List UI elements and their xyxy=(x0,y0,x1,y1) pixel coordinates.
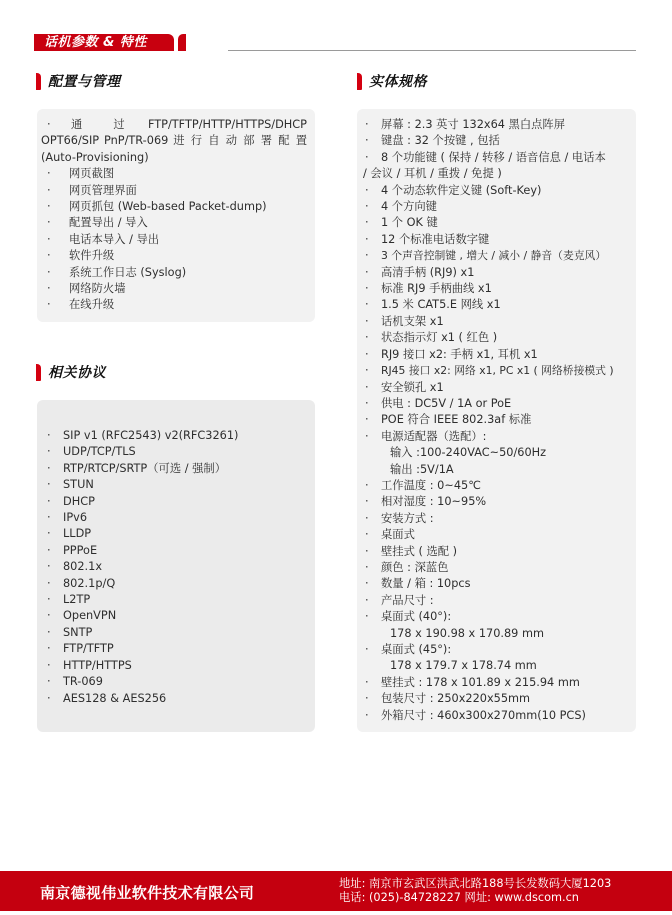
item-text: 高清手柄 (RJ9) x1 xyxy=(381,265,632,281)
list-item: ·4 个方向键 xyxy=(359,199,632,215)
item-text: 数量 / 箱 : 10pcs xyxy=(381,576,632,592)
item-text: IPv6 xyxy=(63,510,307,526)
item-text: 相对湿度 : 10~95% xyxy=(381,494,632,510)
list-item: ·安全锁孔 x1 xyxy=(359,380,632,396)
bullet-icon: · xyxy=(41,444,63,460)
section-heading-management: 配置与管理 xyxy=(36,72,121,90)
bullet-icon: · xyxy=(359,642,381,658)
item-text: 8 个功能键 ( 保持 / 转移 / 语音信息 / 电话本 xyxy=(381,150,632,166)
footer-phone-website: 电话: (025)-84728227 网址: www.dscom.cn xyxy=(339,891,611,905)
bullet-icon: · xyxy=(41,428,63,444)
bullet-icon: · xyxy=(359,511,381,527)
specs-panel: ·屏幕 : 2.3 英寸 132x64 黑白点阵屏 ·键盘 : 32 个按键 ,… xyxy=(357,109,636,732)
item-text: 话机支架 x1 xyxy=(381,314,632,330)
item-text: FTP/TFTP xyxy=(63,641,307,657)
item-text: 网页抓包 (Web-based Packet-dump) xyxy=(63,199,307,215)
item-text: OpenVPN xyxy=(63,608,307,624)
item-text: 工作温度 : 0~45℃ xyxy=(381,478,632,494)
list-item: ·软件升级 xyxy=(41,248,307,264)
list-item: ·AES128 & AES256 xyxy=(41,691,307,707)
list-item: ·FTP/TFTP xyxy=(41,641,307,657)
item-text: 桌面式 (45°): xyxy=(381,642,632,658)
bullet-icon: · xyxy=(41,281,63,297)
list-item: ·HTTP/HTTPS xyxy=(41,658,307,674)
bullet-icon: · xyxy=(359,314,381,330)
bullet-icon: · xyxy=(359,297,381,313)
list-item: ·外箱尺寸 : 460x300x270mm(10 PCS) xyxy=(359,708,632,724)
bullet-icon: · xyxy=(359,380,381,396)
item-text: 通 过 FTP/TFTP/HTTP/HTTPS/DHCP xyxy=(63,117,307,133)
management-panel: · 通 过 FTP/TFTP/HTTP/HTTPS/DHCP OPT66/SIP… xyxy=(37,109,315,322)
item-text: 壁挂式 : 178 x 101.89 x 215.94 mm xyxy=(381,675,632,691)
bullet-icon: · xyxy=(41,641,63,657)
item-text: 电话本导入 / 导出 xyxy=(63,232,307,248)
list-item: ·TR-069 xyxy=(41,674,307,690)
specs-list: ·屏幕 : 2.3 英寸 132x64 黑白点阵屏 ·键盘 : 32 个按键 ,… xyxy=(357,109,636,724)
bullet-icon: · xyxy=(359,133,381,149)
item-text: 桌面式 xyxy=(381,527,632,543)
list-item: ·3 个声音控制键 , 增大 / 减小 / 静音（麦克风） xyxy=(359,248,632,264)
bullet-icon: · xyxy=(359,675,381,691)
list-item-subline: 178 x 190.98 x 170.89 mm xyxy=(359,626,632,642)
bullet-icon: · xyxy=(359,396,381,412)
list-item: ·1.5 米 CAT5.E 网线 x1 xyxy=(359,297,632,313)
list-item: ·RJ45 接口 x2: 网络 x1, PC x1 ( 网络桥接模式 ) xyxy=(359,363,632,379)
heading-marker-icon xyxy=(357,73,362,90)
item-text: 1.5 米 CAT5.E 网线 x1 xyxy=(381,297,632,313)
list-item: ·PPPoE xyxy=(41,543,307,559)
bullet-icon: · xyxy=(359,593,381,609)
item-text: 802.1p/Q xyxy=(63,576,307,592)
bullet-icon: · xyxy=(41,674,63,690)
section-heading-specs: 实体规格 xyxy=(357,72,427,90)
list-item: ·桌面式 xyxy=(359,527,632,543)
bullet-icon: · xyxy=(41,265,63,281)
list-item: ·壁挂式 : 178 x 101.89 x 215.94 mm xyxy=(359,675,632,691)
bullet-icon: · xyxy=(359,150,381,166)
bullet-icon: · xyxy=(359,265,381,281)
item-text: 系统工作日志 (Syslog) xyxy=(63,265,307,281)
list-item: ·相对湿度 : 10~95% xyxy=(359,494,632,510)
list-item: ·电话本导入 / 导出 xyxy=(41,232,307,248)
list-item: ·工作温度 : 0~45℃ xyxy=(359,478,632,494)
list-item: ·网页截图 xyxy=(41,166,307,182)
page-footer: 南京德视伟业软件技术有限公司 地址: 南京市玄武区洪武北路188号长发数码大厦1… xyxy=(0,871,672,911)
page-banner: 话机参数 & 特性 xyxy=(34,34,186,51)
list-item: ·电源适配器（选配）: xyxy=(359,429,632,445)
list-item-continuation: (Auto-Provisioning) xyxy=(41,150,307,166)
item-text: 网页管理界面 xyxy=(63,183,307,199)
heading-marker-icon xyxy=(36,364,41,381)
banner-divider xyxy=(228,50,636,51)
bullet-icon: · xyxy=(359,544,381,560)
item-text: 标准 RJ9 手柄曲线 x1 xyxy=(381,281,632,297)
item-text: 网络防火墙 xyxy=(63,281,307,297)
list-item: · 通 过 FTP/TFTP/HTTP/HTTPS/DHCP xyxy=(41,117,307,133)
list-item: ·配置导出 / 导入 xyxy=(41,215,307,231)
list-item: ·IPv6 xyxy=(41,510,307,526)
bullet-icon: · xyxy=(359,117,381,133)
item-text: UDP/TCP/TLS xyxy=(63,444,307,460)
item-text: L2TP xyxy=(63,592,307,608)
list-item-subline: 输出 :5V/1A xyxy=(359,462,632,478)
list-item: ·RTP/RTCP/SRTP（可选 / 强制） xyxy=(41,461,307,477)
list-item: ·颜色 : 深蓝色 xyxy=(359,560,632,576)
bullet-icon: · xyxy=(359,527,381,543)
bullet-icon: · xyxy=(41,559,63,575)
bullet-icon: · xyxy=(41,166,63,182)
list-item: ·802.1p/Q xyxy=(41,576,307,592)
bullet-icon: · xyxy=(359,248,381,264)
item-text: TR-069 xyxy=(63,674,307,690)
list-item: ·系统工作日志 (Syslog) xyxy=(41,265,307,281)
bullet-icon: · xyxy=(41,215,63,231)
banner-tab-decoration xyxy=(178,34,186,51)
list-item: ·在线升级 xyxy=(41,297,307,313)
item-text: POE 符合 IEEE 802.3af 标准 xyxy=(381,412,632,428)
item-text: 4 个方向键 xyxy=(381,199,632,215)
item-text: 12 个标准电话数字键 xyxy=(381,232,632,248)
item-text: RJ9 接口 x2: 手柄 x1, 耳机 x1 xyxy=(381,347,632,363)
bullet-icon: · xyxy=(41,232,63,248)
item-text: SNTP xyxy=(63,625,307,641)
bullet-icon: · xyxy=(359,708,381,724)
bullet-icon: · xyxy=(359,494,381,510)
bullet-icon: · xyxy=(359,281,381,297)
list-item-subline: 178 x 179.7 x 178.74 mm xyxy=(359,658,632,674)
list-item: ·LLDP xyxy=(41,526,307,542)
list-item: ·POE 符合 IEEE 802.3af 标准 xyxy=(359,412,632,428)
footer-contact-info: 地址: 南京市玄武区洪武北路188号长发数码大厦1203 电话: (025)-8… xyxy=(339,877,611,905)
item-text: 802.1x xyxy=(63,559,307,575)
bullet-icon: · xyxy=(41,248,63,264)
list-item: ·壁挂式 ( 选配 ) xyxy=(359,544,632,560)
bullet-icon: · xyxy=(41,592,63,608)
bullet-icon: · xyxy=(41,658,63,674)
item-text: 供电 : DC5V / 1A or PoE xyxy=(381,396,632,412)
bullet-icon: · xyxy=(359,232,381,248)
item-text: 1 个 OK 键 xyxy=(381,215,632,231)
section-title: 相关协议 xyxy=(48,362,106,382)
list-item: ·高清手柄 (RJ9) x1 xyxy=(359,265,632,281)
item-text: 键盘 : 32 个按键 , 包括 xyxy=(381,133,632,149)
item-text: RJ45 接口 x2: 网络 x1, PC x1 ( 网络桥接模式 ) xyxy=(381,363,632,379)
list-item: ·UDP/TCP/TLS xyxy=(41,444,307,460)
list-item: ·话机支架 x1 xyxy=(359,314,632,330)
item-text: 颜色 : 深蓝色 xyxy=(381,560,632,576)
item-text: 包装尺寸 : 250x220x55mm xyxy=(381,691,632,707)
list-item-continuation: OPT66/SIP PnP/TR-069 进 行 自 动 部 署 配 置 xyxy=(41,133,307,149)
bullet-icon: · xyxy=(359,199,381,215)
protocols-list: ·SIP v1 (RFC2543) v2(RFC3261) ·UDP/TCP/T… xyxy=(37,400,315,707)
item-text: SIP v1 (RFC2543) v2(RFC3261) xyxy=(63,428,307,444)
item-text: 安装方式 : xyxy=(381,511,632,527)
list-item: ·状态指示灯 x1 ( 红色 ) xyxy=(359,330,632,346)
list-item: ·STUN xyxy=(41,477,307,493)
item-text: 桌面式 (40°): xyxy=(381,609,632,625)
list-item: ·网页管理界面 xyxy=(41,183,307,199)
list-item: ·802.1x xyxy=(41,559,307,575)
list-item: ·数量 / 箱 : 10pcs xyxy=(359,576,632,592)
section-title: 配置与管理 xyxy=(48,71,121,91)
bullet-icon: · xyxy=(359,347,381,363)
list-item-subline: 输入 :100-240VAC~50/60Hz xyxy=(359,445,632,461)
list-item: ·安装方式 : xyxy=(359,511,632,527)
list-item: ·键盘 : 32 个按键 , 包括 xyxy=(359,133,632,149)
list-item: ·SNTP xyxy=(41,625,307,641)
bullet-icon: · xyxy=(41,297,63,313)
item-text: 外箱尺寸 : 460x300x270mm(10 PCS) xyxy=(381,708,632,724)
footer-company-name: 南京德视伟业软件技术有限公司 xyxy=(40,882,254,903)
item-text: RTP/RTCP/SRTP（可选 / 强制） xyxy=(63,461,307,477)
list-item: ·桌面式 (45°): xyxy=(359,642,632,658)
banner-title: 话机参数 & 特性 xyxy=(34,34,174,51)
bullet-icon: · xyxy=(41,199,63,215)
list-item: ·网页抓包 (Web-based Packet-dump) xyxy=(41,199,307,215)
bullet-icon: · xyxy=(41,625,63,641)
item-text: STUN xyxy=(63,477,307,493)
bullet-icon: · xyxy=(359,363,381,379)
list-item: ·屏幕 : 2.3 英寸 132x64 黑白点阵屏 xyxy=(359,117,632,133)
item-text: 网页截图 xyxy=(63,166,307,182)
list-item: ·标准 RJ9 手柄曲线 x1 xyxy=(359,281,632,297)
bullet-icon: · xyxy=(359,576,381,592)
bullet-icon: · xyxy=(41,526,63,542)
item-text: 壁挂式 ( 选配 ) xyxy=(381,544,632,560)
list-item: ·桌面式 (40°): xyxy=(359,609,632,625)
bullet-icon: · xyxy=(41,461,63,477)
item-text: HTTP/HTTPS xyxy=(63,658,307,674)
bullet-icon: · xyxy=(359,691,381,707)
item-text: 安全锁孔 x1 xyxy=(381,380,632,396)
management-list: · 通 过 FTP/TFTP/HTTP/HTTPS/DHCP OPT66/SIP… xyxy=(37,109,315,314)
bullet-icon: · xyxy=(359,183,381,199)
item-text: 状态指示灯 x1 ( 红色 ) xyxy=(381,330,632,346)
list-item: ·OpenVPN xyxy=(41,608,307,624)
bullet-icon: · xyxy=(41,510,63,526)
item-text: 3 个声音控制键 , 增大 / 减小 / 静音（麦克风） xyxy=(381,248,632,264)
bullet-icon: · xyxy=(41,608,63,624)
bullet-icon: · xyxy=(41,477,63,493)
item-text: 在线升级 xyxy=(63,297,307,313)
item-text: LLDP xyxy=(63,526,307,542)
bullet-icon: · xyxy=(41,183,63,199)
list-item: ·SIP v1 (RFC2543) v2(RFC3261) xyxy=(41,428,307,444)
heading-marker-icon xyxy=(36,73,41,90)
list-item: ·4 个动态软件定义键 (Soft-Key) xyxy=(359,183,632,199)
protocols-panel: ·SIP v1 (RFC2543) v2(RFC3261) ·UDP/TCP/T… xyxy=(37,400,315,732)
bullet-icon: · xyxy=(359,412,381,428)
section-heading-protocols: 相关协议 xyxy=(36,363,106,381)
bullet-icon: · xyxy=(359,478,381,494)
item-text: 软件升级 xyxy=(63,248,307,264)
list-item: ·包装尺寸 : 250x220x55mm xyxy=(359,691,632,707)
item-text: PPPoE xyxy=(63,543,307,559)
list-item: ·DHCP xyxy=(41,494,307,510)
list-item-continuation: / 会议 / 耳机 / 重拨 / 免提 ) xyxy=(363,166,632,182)
bullet-icon: · xyxy=(41,117,63,133)
footer-address: 地址: 南京市玄武区洪武北路188号长发数码大厦1203 xyxy=(339,877,611,891)
list-item: ·网络防火墙 xyxy=(41,281,307,297)
bullet-icon: · xyxy=(359,215,381,231)
list-item: ·L2TP xyxy=(41,592,307,608)
bullet-icon: · xyxy=(41,543,63,559)
list-item: ·1 个 OK 键 xyxy=(359,215,632,231)
item-text: DHCP xyxy=(63,494,307,510)
item-text: 4 个动态软件定义键 (Soft-Key) xyxy=(381,183,632,199)
bullet-icon: · xyxy=(41,691,63,707)
bullet-icon: · xyxy=(359,560,381,576)
list-item: ·产品尺寸 : xyxy=(359,593,632,609)
list-item: ·12 个标准电话数字键 xyxy=(359,232,632,248)
bullet-icon: · xyxy=(359,609,381,625)
list-item: ·8 个功能键 ( 保持 / 转移 / 语音信息 / 电话本 xyxy=(359,150,632,166)
item-text: 屏幕 : 2.3 英寸 132x64 黑白点阵屏 xyxy=(381,117,632,133)
item-text: 配置导出 / 导入 xyxy=(63,215,307,231)
list-item: ·RJ9 接口 x2: 手柄 x1, 耳机 x1 xyxy=(359,347,632,363)
bullet-icon: · xyxy=(41,494,63,510)
list-item: ·供电 : DC5V / 1A or PoE xyxy=(359,396,632,412)
item-text: AES128 & AES256 xyxy=(63,691,307,707)
bullet-icon: · xyxy=(359,429,381,445)
bullet-icon: · xyxy=(41,576,63,592)
item-text: 产品尺寸 : xyxy=(381,593,632,609)
bullet-icon: · xyxy=(359,330,381,346)
item-text: 电源适配器（选配）: xyxy=(381,429,632,445)
section-title: 实体规格 xyxy=(369,71,427,91)
